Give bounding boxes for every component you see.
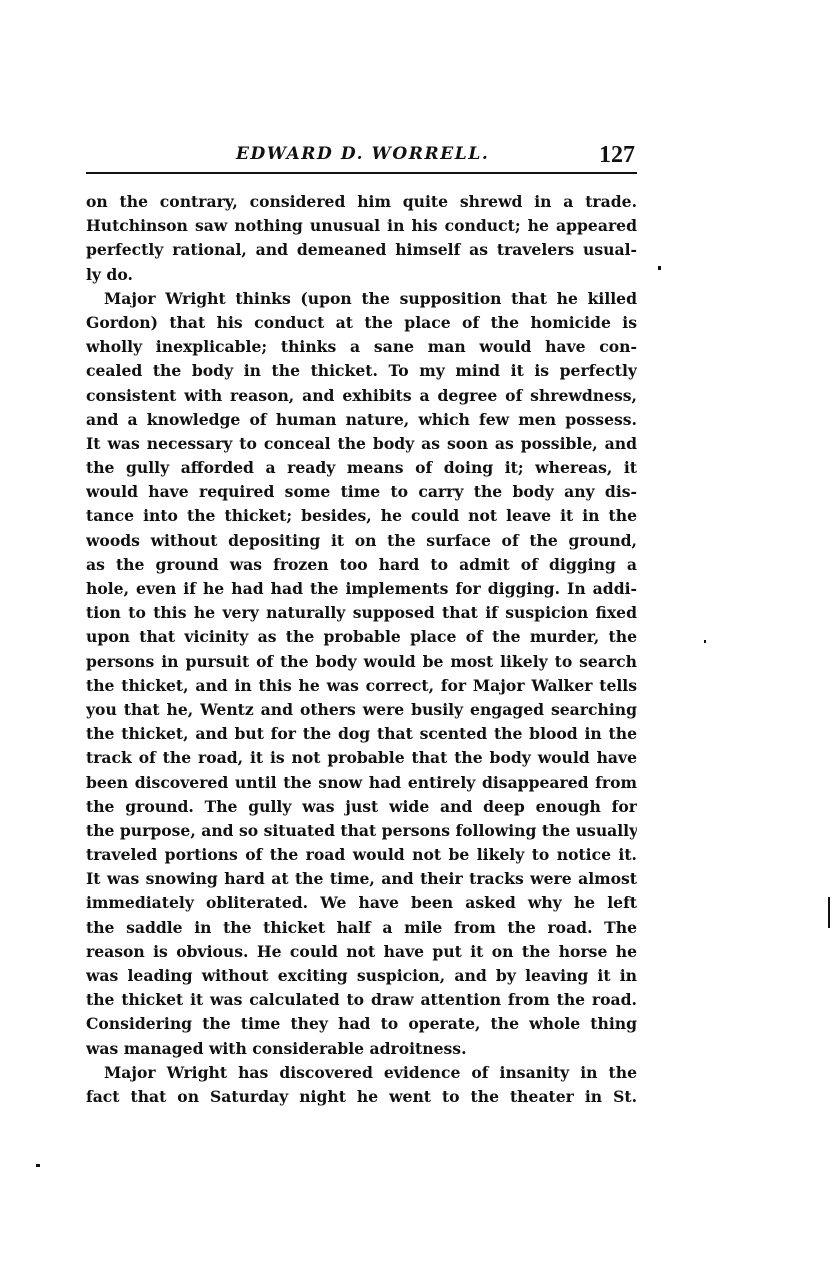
text-line: Gordon) that his conduct at the place of… — [86, 311, 637, 335]
text-line: Considering the time they had to operate… — [86, 1012, 637, 1036]
text-line: and a knowledge of human nature, which f… — [86, 408, 637, 432]
text-line: been discovered until the snow had entir… — [86, 771, 637, 795]
text-line: the gully afforded a ready means of doin… — [86, 456, 637, 480]
text-line: traveled portions of the road would not … — [86, 843, 637, 867]
header-rule — [86, 172, 637, 174]
text-line: upon that vicinity as the probable place… — [86, 625, 637, 649]
text-line: immediately obliterated. We have been as… — [86, 891, 637, 915]
paragraph: Major Wright thinks (upon the suppositio… — [86, 287, 637, 1061]
text-line: track of the road, it is not probable th… — [86, 746, 637, 770]
text-line: was managed with considerable adroitness… — [86, 1037, 637, 1061]
text-line: Hutchinson saw nothing unusual in his co… — [86, 214, 637, 238]
text-line: Major Wright has discovered evidence of … — [86, 1061, 637, 1085]
text-line: the ground. The gully was just wide and … — [86, 795, 637, 819]
text-line: the thicket, and in this he was correct,… — [86, 674, 637, 698]
text-line: you that he, Wentz and others were busil… — [86, 698, 637, 722]
body-text: on the contrary, considered him quite sh… — [86, 190, 637, 1109]
text-line: ly do. — [86, 263, 637, 287]
text-line: woods without depositing it on the surfa… — [86, 529, 637, 553]
running-title: EDWARD D. WORRELL. — [236, 144, 489, 164]
text-line: tance into the thicket; besides, he coul… — [86, 504, 637, 528]
text-line: fact that on Saturday night he went to t… — [86, 1085, 637, 1109]
text-line: the thicket it was calculated to draw at… — [86, 988, 637, 1012]
text-line: on the contrary, considered him quite sh… — [86, 190, 637, 214]
book-page: EDWARD D. WORRELL. 127 on the contrary, … — [86, 140, 637, 170]
running-head: EDWARD D. WORRELL. 127 — [86, 140, 637, 170]
text-line: wholly inexplicable; thinks a sane man w… — [86, 335, 637, 359]
paragraph: on the contrary, considered him quite sh… — [86, 190, 637, 287]
text-line: hole, even if he had had the implements … — [86, 577, 637, 601]
text-line: reason is obvious. He could not have put… — [86, 940, 637, 964]
text-line: the purpose, and so situated that person… — [86, 819, 637, 843]
text-line: It was necessary to conceal the body as … — [86, 432, 637, 456]
text-line: It was snowing hard at the time, and the… — [86, 867, 637, 891]
text-line: the thicket, and but for the dog that sc… — [86, 722, 637, 746]
text-line: consistent with reason, and exhibits a d… — [86, 384, 637, 408]
scan-margin-line — [828, 897, 830, 928]
text-line: cealed the body in the thicket. To my mi… — [86, 359, 637, 383]
text-line: perfectly rational, and demeaned himself… — [86, 238, 637, 262]
paragraph: Major Wright has discovered evidence of … — [86, 1061, 637, 1109]
text-line: as the ground was frozen too hard to adm… — [86, 553, 637, 577]
text-line: Major Wright thinks (upon the suppositio… — [86, 287, 637, 311]
text-line: persons in pursuit of the body would be … — [86, 650, 637, 674]
text-line: would have required some time to carry t… — [86, 480, 637, 504]
text-line: was leading without exciting suspicion, … — [86, 964, 637, 988]
scan-speck — [704, 640, 706, 643]
scan-speck — [36, 1164, 40, 1167]
scan-speck — [658, 266, 661, 270]
text-line: the saddle in the thicket half a mile fr… — [86, 916, 637, 940]
page-number: 127 — [599, 142, 635, 169]
text-line: tion to this he very naturally supposed … — [86, 601, 637, 625]
